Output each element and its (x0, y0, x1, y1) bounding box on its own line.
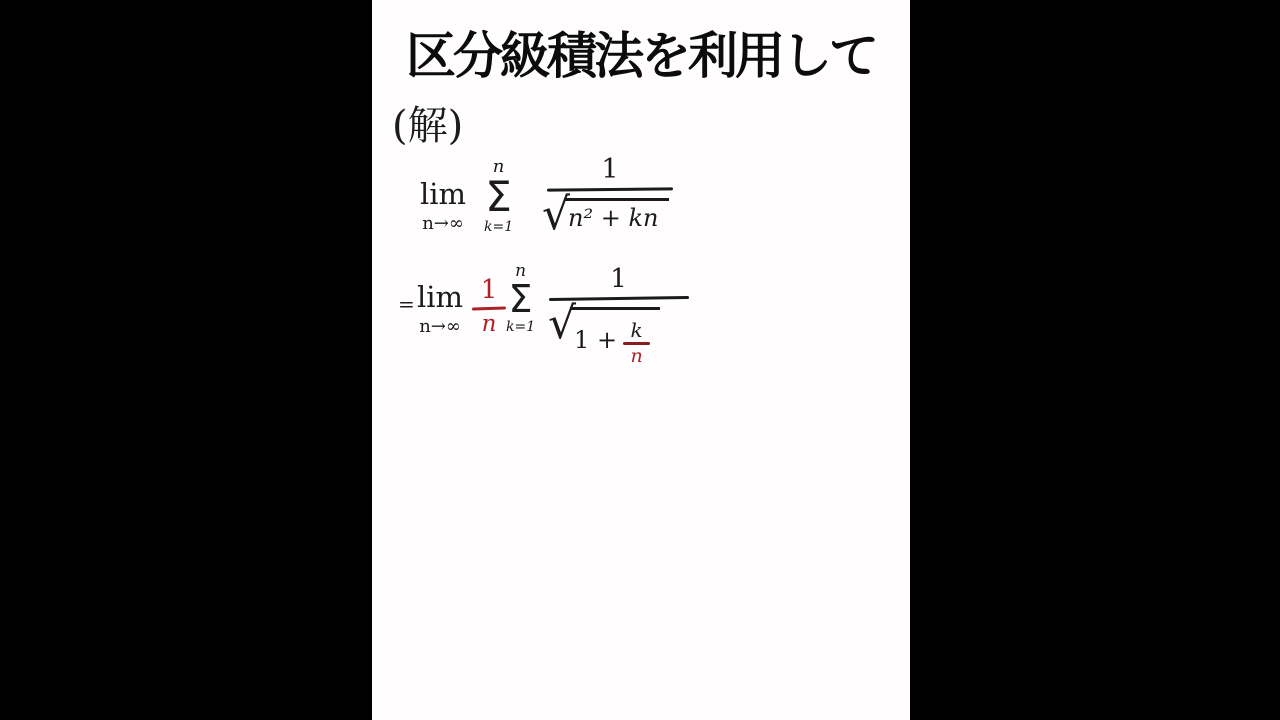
lim-word: lim (417, 283, 463, 312)
limit-operator: lim n→∞ (420, 180, 466, 233)
whiteboard-panel: 区分級積法を利用して (解) lim n→∞ n Σ k=1 1 √ n² + … (372, 0, 910, 720)
lim-subscript: n→∞ (420, 215, 466, 233)
square-root: √ n² + kn (542, 195, 669, 235)
coef-numerator: 1 (481, 277, 498, 303)
lim-word: lim (420, 180, 466, 209)
red-coefficient-fraction: 1 n (469, 277, 509, 336)
fraction-bar (548, 296, 688, 301)
summation-operator: n Σ k=1 (506, 263, 535, 334)
coef-fraction-bar (472, 306, 506, 310)
fraction-numerator: 1 (610, 266, 627, 292)
square-root: √ 1 + k n (548, 304, 660, 366)
sigma-symbol: Σ (506, 280, 535, 318)
summation-operator: n Σ k=1 (484, 158, 513, 234)
coef-denominator: n (482, 313, 497, 336)
letterbox-right (910, 0, 1280, 720)
fraction-bar (547, 187, 673, 191)
sum-lower-limit: k=1 (484, 220, 513, 234)
inner-denominator: n (630, 347, 642, 366)
main-fraction-1: 1 √ n² + kn (540, 156, 680, 235)
video-frame: 区分級積法を利用して (解) lim n→∞ n Σ k=1 1 √ n² + … (0, 0, 1280, 720)
page-title: 区分級積法を利用して (372, 16, 910, 88)
radicand: 1 + k n (570, 307, 660, 366)
letterbox-left (0, 0, 372, 720)
sigma-symbol: Σ (484, 176, 513, 218)
radicand-prefix: 1 + (574, 327, 617, 353)
fraction-numerator: 1 (601, 156, 618, 183)
lim-subscript: n→∞ (417, 318, 463, 336)
sum-lower-limit: k=1 (506, 320, 535, 334)
equals-sign: = (398, 292, 415, 316)
inner-fraction-k-over-n: k n (623, 320, 650, 366)
radicand: n² + kn (564, 198, 668, 231)
limit-operator: lim n→∞ (417, 283, 463, 336)
solution-label: (解) (392, 94, 463, 151)
main-fraction-2: 1 √ 1 + k n (546, 266, 691, 366)
inner-numerator: k (631, 320, 643, 340)
